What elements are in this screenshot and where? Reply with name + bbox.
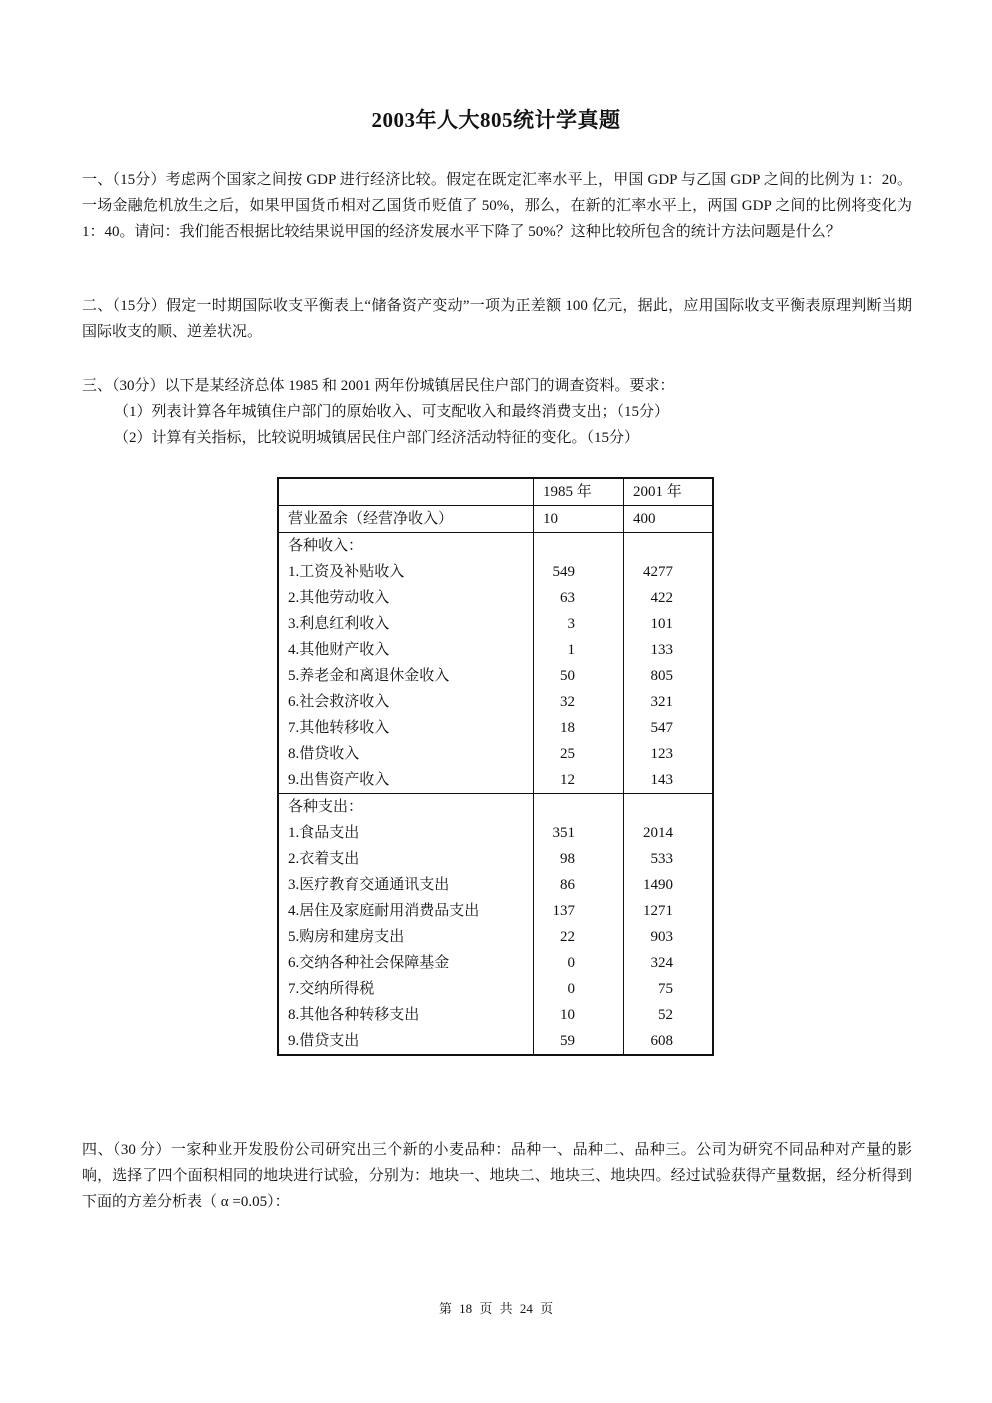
row-label: 7.交纳所得税 [278,976,534,1002]
question-3-sub-2: （2）计算有关指标，比较说明城镇居民住户部门经济活动特征的变化。（15分） [82,425,912,451]
value-2001: 52 [633,1002,673,1028]
value-1985: 25 [543,741,575,767]
value-1985: 3 [543,611,575,637]
row-label: 9.借贷支出 [278,1028,534,1055]
row-label: 2.衣着支出 [278,846,534,872]
row-label: 8.借贷收入 [278,741,534,767]
value-2001: 123 [633,741,673,767]
table-row: 9.借贷支出 59 608 [278,1028,713,1055]
table-row: 8.借贷收入 25 123 [278,741,713,767]
table-row: 2.其他劳动收入 63 422 [278,585,713,611]
value-2001: 324 [633,950,673,976]
empty-cell [624,533,714,560]
row-label: 4.居住及家庭耐用消费品支出 [278,898,534,924]
page-title: 2003年人大805统计学真题 [0,104,992,134]
value-2001: 805 [633,663,673,689]
table-header-row: 1985 年 2001 年 [278,478,713,506]
question-3-sub-1: （1）列表计算各年城镇住户部门的原始收入、可支配收入和最终消费支出；（15分） [82,399,912,425]
row-label: 7.其他转移收入 [278,715,534,741]
value-2001: 533 [633,846,673,872]
value-2001: 1271 [633,898,673,924]
row-label: 营业盈余（经营净收入） [278,506,534,533]
value-2001: 400 [624,506,714,533]
row-label: 5.养老金和离退休金收入 [278,663,534,689]
value-1985: 1 [543,637,575,663]
value-1985: 549 [543,559,575,585]
question-4: 四、（30 分）一家种业开发股份公司研究出三个新的小麦品种：品种一、品种二、品种… [82,1137,912,1215]
value-1985: 32 [543,689,575,715]
value-2001: 143 [633,767,673,793]
table-row: 4.其他财产收入 1 133 [278,637,713,663]
value-1985: 18 [543,715,575,741]
value-2001: 903 [633,924,673,950]
table-row: 1.工资及补贴收入 549 4277 [278,559,713,585]
row-label: 4.其他财产收入 [278,637,534,663]
table-row: 5.购房和建房支出 22 903 [278,924,713,950]
value-1985: 98 [543,846,575,872]
question-2: 二、（15分）假定一时期国际收支平衡表上“储备资产变动”一项为正差额 100 亿… [82,293,912,345]
value-1985: 12 [543,767,575,793]
value-2001: 4277 [633,559,673,585]
row-label: 3.利息红利收入 [278,611,534,637]
table-row: 5.养老金和离退休金收入 50 805 [278,663,713,689]
expenditure-heading: 各种支出： [278,794,534,821]
expenditure-heading-row: 各种支出： [278,794,713,821]
value-1985: 59 [543,1028,575,1054]
table-row: 1.食品支出 351 2014 [278,820,713,846]
table-row: 9.出售资产收入 12 143 [278,767,713,794]
question-3: 三、（30分）以下是某经济总体 1985 和 2001 两年份城镇居民住户部门的… [82,373,912,451]
empty-cell [534,533,624,560]
income-heading-row: 各种收入： [278,533,713,560]
table-row: 7.交纳所得税 0 75 [278,976,713,1002]
row-label: 6.交纳各种社会保障基金 [278,950,534,976]
value-1985: 22 [543,924,575,950]
value-2001: 2014 [633,820,673,846]
value-2001: 608 [633,1028,673,1054]
value-1985: 137 [543,898,575,924]
value-2001: 321 [633,689,673,715]
table-row: 6.交纳各种社会保障基金 0 324 [278,950,713,976]
row-label: 9.出售资产收入 [278,767,534,794]
value-2001: 75 [633,976,673,1002]
value-1985: 10 [543,1002,575,1028]
row-label: 8.其他各种转移支出 [278,1002,534,1028]
question-3-intro: 三、（30分）以下是某经济总体 1985 和 2001 两年份城镇居民住户部门的… [82,378,675,394]
household-data-table: 1985 年 2001 年 营业盈余（经营净收入） 10 400 各种收入： 1… [277,477,714,1056]
row-label: 1.食品支出 [278,820,534,846]
value-1985: 351 [543,820,575,846]
value-2001: 101 [633,611,673,637]
value-1985: 0 [543,950,575,976]
header-blank-cell [278,478,534,506]
empty-cell [624,794,714,821]
row-label: 1.工资及补贴收入 [278,559,534,585]
row-label: 6.社会救济收入 [278,689,534,715]
value-2001: 422 [633,585,673,611]
empty-cell [534,794,624,821]
header-1985: 1985 年 [534,478,624,506]
table-row: 3.利息红利收入 3 101 [278,611,713,637]
value-1985: 0 [543,976,575,1002]
table-row: 6.社会救济收入 32 321 [278,689,713,715]
value-2001: 547 [633,715,673,741]
table-row: 4.居住及家庭耐用消费品支出 137 1271 [278,898,713,924]
table-row: 7.其他转移收入 18 547 [278,715,713,741]
value-2001: 1490 [633,872,673,898]
table-row: 3.医疗教育交通通讯支出 86 1490 [278,872,713,898]
question-1: 一、（15分）考虑两个国家之间按 GDP 进行经济比较。假定在既定汇率水平上，甲… [82,167,912,245]
table-row-operating-surplus: 营业盈余（经营净收入） 10 400 [278,506,713,533]
income-heading: 各种收入： [278,533,534,560]
row-label: 3.医疗教育交通通讯支出 [278,872,534,898]
row-label: 5.购房和建房支出 [278,924,534,950]
row-label: 2.其他劳动收入 [278,585,534,611]
value-1985: 50 [543,663,575,689]
value-1985: 63 [543,585,575,611]
table-row: 8.其他各种转移支出 10 52 [278,1002,713,1028]
value-1985: 10 [534,506,624,533]
table-row: 2.衣着支出 98 533 [278,846,713,872]
value-1985: 86 [543,872,575,898]
value-2001: 133 [633,637,673,663]
page-number-footer: 第 18 页 共 24 页 [0,1298,992,1317]
header-2001: 2001 年 [624,478,714,506]
